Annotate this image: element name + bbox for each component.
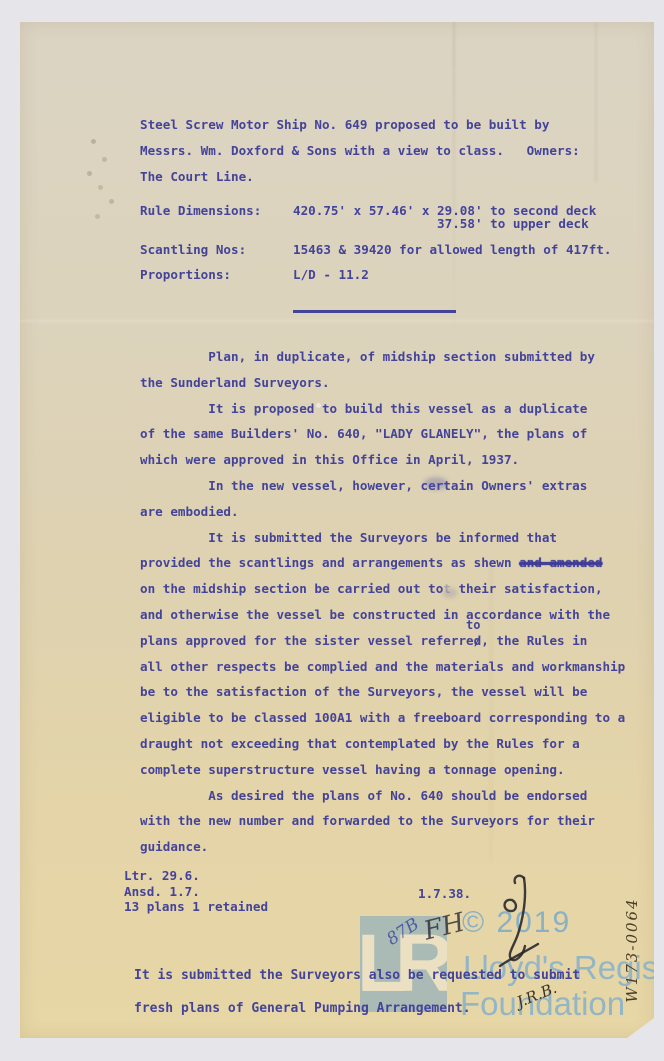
typed-text: provided the scantlings and arrangements… — [140, 555, 519, 570]
typed-text: eligible to be classed 100A1 with a free… — [140, 710, 625, 725]
typed-text: It is submitted the Surveyors be informe… — [208, 530, 557, 545]
typed-line: In the new vessel, however, certain Owne… — [140, 473, 625, 499]
spec-label: Rule Dimensions: — [140, 204, 261, 217]
typed-line: with the new number and forwarded to the… — [140, 808, 625, 834]
typed-line: draught not exceeding that contemplated … — [140, 731, 625, 757]
typed-text: on the midship section be carried out to — [140, 581, 443, 596]
spec-row: Rule Dimensions:420.75' x 57.46' x 29.08… — [140, 204, 611, 230]
spec-table: Rule Dimensions:420.75' x 57.46' x 29.08… — [140, 204, 611, 294]
typed-text: plans approved for the sister vessel ref… — [140, 633, 474, 648]
typed-text: the Sunderland Surveyors. — [140, 375, 330, 390]
pinhole-marks — [20, 22, 23, 25]
typed-text: In the new vessel, however, certain Owne… — [208, 478, 587, 493]
spec-label-text: Scantling Nos: — [140, 243, 246, 256]
typed-divider-rule — [293, 310, 456, 313]
paper-crease — [595, 22, 597, 182]
typed-text: all other respects be complied and the m… — [140, 659, 625, 674]
postscript-line: fresh plans of General Pumping Arrangeme… — [134, 999, 580, 1019]
typed-text: Plan, in duplicate, of midship section s… — [208, 349, 595, 364]
typed-text: draught not exceeding that contemplated … — [140, 736, 580, 751]
paper-crease — [20, 320, 654, 322]
spec-row: Scantling Nos:15463 & 39420 for allowed … — [140, 243, 611, 256]
typed-text: It is proposed to build this vessel as a… — [208, 401, 587, 416]
header-line: Messrs. Wm. Doxford & Sons with a view t… — [140, 138, 580, 164]
typed-line: Plan, in duplicate, of midship section s… — [140, 344, 625, 370]
spec-label: Proportions: — [140, 268, 231, 281]
typed-line: the Sunderland Surveyors. — [140, 370, 625, 396]
typed-line: of the same Builders' No. 640, "LADY GLA… — [140, 421, 625, 447]
typed-line: complete superstructure vessel having a … — [140, 757, 625, 783]
date-note: 1.7.38. — [418, 887, 471, 901]
header-paragraph: Steel Screw Motor Ship No. 649 proposed … — [140, 112, 580, 189]
handwritten-initials: FH — [421, 908, 468, 947]
typed-text-strike: and amended — [519, 555, 602, 570]
typed-text: , the Rules in — [481, 633, 587, 648]
spec-values: 15463 & 39420 for allowed length of 417f… — [293, 243, 611, 256]
typed-text: with the new number and forwarded to the… — [140, 813, 595, 828]
typed-text: are embodied. — [140, 504, 239, 519]
typed-line: provided the scantlings and arrangements… — [140, 550, 625, 576]
typed-line: which were approved in this Office in Ap… — [140, 447, 625, 473]
archive-reference-number: W173-0064 — [623, 875, 641, 1025]
docket-note-line: 13 plans 1 retained — [124, 899, 268, 915]
spec-row: Proportions:L/D - 11.2 — [140, 268, 611, 281]
typed-line: and otherwise the vessel be constructed … — [140, 602, 625, 628]
typed-text: which were approved in this Office in Ap… — [140, 452, 519, 467]
typed-line: on the midship section be carried out to… — [140, 576, 625, 602]
typed-line: all other respects be complied and the m… — [140, 654, 625, 680]
typed-line: As desired the plans of No. 640 should b… — [140, 783, 625, 809]
typed-line: eligible to be classed 100A1 with a free… — [140, 705, 625, 731]
typed-line: plans approved for the sister vessel ref… — [140, 628, 625, 654]
document-page: LR © 2019 Lloyd's Register Foundation St… — [20, 22, 654, 1038]
spec-value: L/D - 11.2 — [293, 268, 611, 281]
postscript-paragraph: It is submitted the Surveyors also be re… — [134, 966, 580, 1032]
typed-text: be to the satisfaction of the Surveyors,… — [140, 684, 587, 699]
docket-note-line: Ansd. 1.7. — [124, 884, 268, 900]
body-paragraphs: Plan, in duplicate, of midship section s… — [140, 344, 625, 860]
spec-value: 37.58' to upper deck — [293, 217, 611, 230]
typed-text: their satisfaction, — [451, 581, 603, 596]
typed-text: complete superstructure vessel having a … — [140, 762, 565, 777]
typed-text: and otherwise the vessel be constructed … — [140, 607, 610, 622]
typed-text: of the same Builders' No. 640, "LADY GLA… — [140, 426, 587, 441]
spec-label-text: Rule Dimensions: — [140, 204, 261, 217]
docket-note-line: Ltr. 29.6. — [124, 868, 268, 884]
spec-values: 420.75' x 57.46' x 29.08' to second deck… — [293, 204, 611, 230]
spec-values: L/D - 11.2 — [293, 268, 611, 281]
spec-label: Scantling Nos: — [140, 243, 246, 256]
header-line: The Court Line. — [140, 164, 580, 190]
typed-line: It is submitted the Surveyors be informe… — [140, 525, 625, 551]
typed-line: be to the satisfaction of the Surveyors,… — [140, 679, 625, 705]
signature-flourish — [497, 872, 541, 970]
typed-line: It is proposed to build this vessel as a… — [140, 396, 625, 422]
typed-text: guidance. — [140, 839, 208, 854]
header-line: Steel Screw Motor Ship No. 649 proposed … — [140, 112, 580, 138]
typed-text-faint: t — [443, 581, 451, 596]
typed-text: As desired the plans of No. 640 should b… — [208, 788, 587, 803]
typed-line: guidance. — [140, 834, 625, 860]
typed-line: are embodied. — [140, 499, 625, 525]
spec-label-text: Proportions: — [140, 268, 231, 281]
typed-insertion-word: to — [466, 619, 480, 631]
docket-notes: Ltr. 29.6.Ansd. 1.7.13 plans 1 retained — [124, 868, 268, 915]
spec-value: 15463 & 39420 for allowed length of 417f… — [293, 243, 611, 256]
